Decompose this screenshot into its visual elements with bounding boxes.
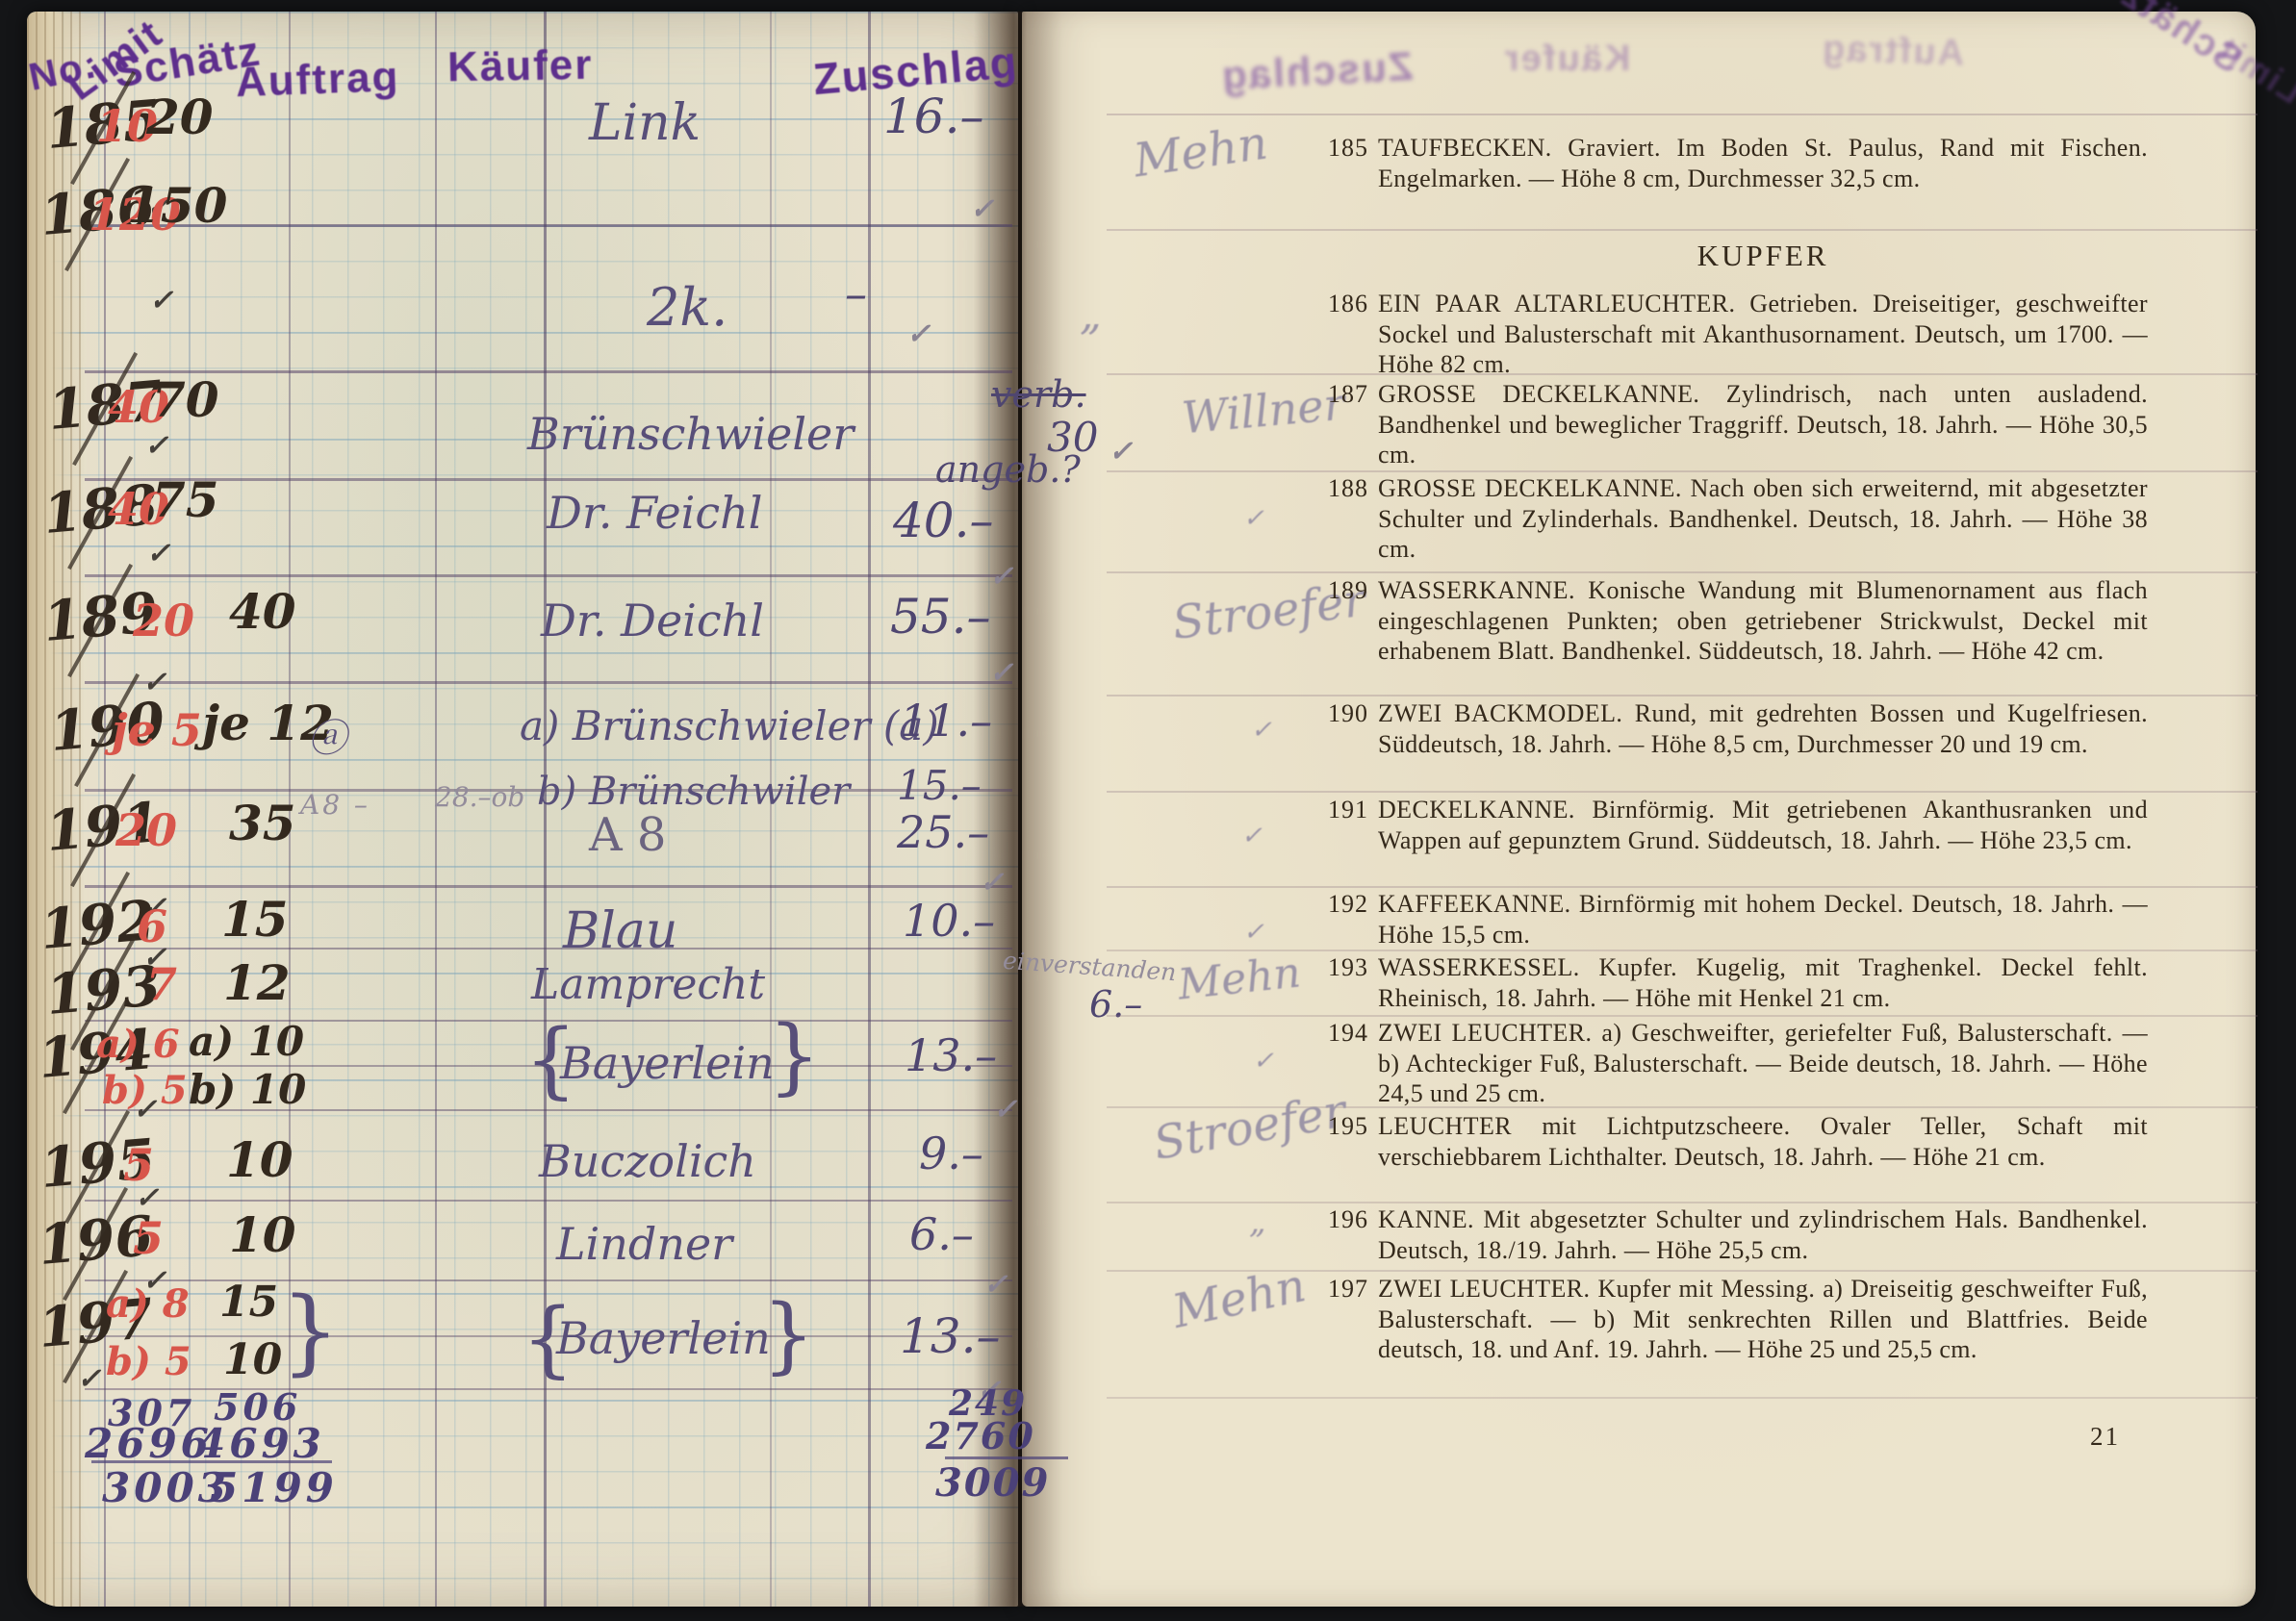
margin-check-mark: ✓ xyxy=(1253,1047,1274,1076)
estimate-cell: 40 xyxy=(229,583,296,640)
catalog-lot-number: 194 xyxy=(1301,1018,1368,1049)
buyer-cell: a) Brünschwieler (a) xyxy=(520,702,939,749)
entry-separator xyxy=(1107,114,2258,115)
brace-mark: } xyxy=(768,1008,821,1104)
hammer-price-cell: 11.– xyxy=(900,695,992,747)
margin-ditto-mark: „ xyxy=(1080,291,1102,340)
row-separator xyxy=(85,1200,1012,1202)
checkmark: ✓ xyxy=(144,429,168,463)
entry-separator xyxy=(1107,1202,2258,1203)
limit-cell: 6 xyxy=(137,900,167,952)
hammer-price-cell: 6.– xyxy=(909,1208,974,1260)
estimate-mark: ⓐ xyxy=(308,708,346,763)
catalog-entry: 193 WASSERKESSEL. Kupfer. Kugelig, mit T… xyxy=(1378,952,2148,1013)
estimate-cell: 10 xyxy=(229,1206,296,1263)
catalog-lot-text: KAFFEEKANNE. Birnförmig mit hohem Deckel… xyxy=(1378,890,2148,949)
catalog-lot-number: 189 xyxy=(1301,575,1368,606)
buyer-cell: Buczolich xyxy=(539,1135,756,1187)
buyer-cell: Bayerlein xyxy=(560,1037,775,1089)
hammer-price-cell: 10.– xyxy=(903,895,995,947)
row-separator xyxy=(85,370,1012,373)
checkmark: ✓ xyxy=(970,192,994,226)
catalog-lot-number: 188 xyxy=(1301,473,1368,504)
book-spread-photo: No. Limit Schätz Auftrag Käufer Zuschlag… xyxy=(0,0,2296,1621)
total-rule xyxy=(945,1456,1068,1459)
catalog-entry: 194 ZWEI LEUCHTER. a) Geschweifter, geri… xyxy=(1378,1018,2148,1109)
catalog-entry: 190 ZWEI BACKMODEL. Rund, mit gedrehten … xyxy=(1378,698,2148,759)
hammer-price-cell: 40.– xyxy=(893,493,994,548)
estimate-cell: 75 xyxy=(152,471,219,528)
hammer-carryover: 2760 xyxy=(926,1414,1035,1457)
catalog-entry: 185 TAUFBECKEN. Graviert. Im Boden St. P… xyxy=(1378,133,2148,193)
entry-separator xyxy=(1107,229,2258,231)
estimate-cell: 15 xyxy=(219,1278,278,1327)
entry-separator xyxy=(1107,791,2258,793)
catalog-lot-text: WASSERKANNE. Konische Wandung mit Blumen… xyxy=(1378,576,2148,665)
checkmark: ✓ xyxy=(146,537,170,570)
hammer-price-cell: 13.– xyxy=(905,1029,997,1081)
catalog-lot-text: ZWEI BACKMODEL. Rund, mit gedrehten Boss… xyxy=(1378,699,2148,758)
buyer-cell: Lindner xyxy=(556,1218,732,1270)
catalog-entry: 196 KANNE. Mit abgesetzter Schulter und … xyxy=(1378,1204,2148,1265)
header-stamp-kaeufer: Käufer xyxy=(447,41,594,92)
total-rule xyxy=(91,1460,332,1463)
checkmark: ✓ xyxy=(989,656,1013,690)
estimate-cell: 10 xyxy=(223,1335,282,1384)
catalog-lot-text: ZWEI LEUCHTER. a) Geschweifter, geriefel… xyxy=(1378,1019,2148,1107)
offset-stamp-kaeufer: Käufer xyxy=(1503,38,1630,80)
buyer-cell: 2k. xyxy=(647,277,727,338)
brace-mark: } xyxy=(762,1287,815,1383)
catalog-lot-text: TAUFBECKEN. Graviert. Im Boden St. Paulu… xyxy=(1378,134,2148,192)
entry-separator xyxy=(1107,1015,2258,1017)
hammer-total: 3009 xyxy=(935,1460,1050,1506)
section-heading: KUPFER xyxy=(1378,239,2148,273)
limit-cell: a) 8 xyxy=(106,1281,190,1327)
limit-cell: 20 xyxy=(133,595,194,646)
hammer-price-cell: 13.– xyxy=(900,1308,1001,1364)
catalog-entry: 197 ZWEI LEUCHTER. Kupfer mit Messing. a… xyxy=(1378,1274,2148,1365)
buyer-cell: Link xyxy=(589,94,701,152)
brace-mark: } xyxy=(281,1278,340,1385)
limit-cell: 5 xyxy=(123,1139,154,1191)
catalog-lot-text: WASSERKESSEL. Kupfer. Kugelig, mit Tragh… xyxy=(1378,953,2148,1012)
catalog-entry: 188 GROSSE DECKELKANNE. Nach oben sich e… xyxy=(1378,473,2148,565)
hammer-price-cell: 15.– xyxy=(897,762,982,809)
catalog-entry: 187 GROSSE DECKELKANNE. Zylindrisch, nac… xyxy=(1378,379,2148,470)
limit-cell: 5 xyxy=(133,1212,164,1264)
margin-check-mark: ✓ xyxy=(1243,918,1264,947)
column-rule xyxy=(868,12,871,1607)
estimate-cell: b) 10 xyxy=(189,1066,306,1113)
catalog-lot-number: 186 xyxy=(1301,289,1368,319)
estimate-cell: 150 xyxy=(127,177,227,234)
catalog-entry: 186 EIN PAAR ALTARLEUCHTER. Getrieben. D… xyxy=(1378,289,2148,380)
limit-cell: je 5 xyxy=(112,704,202,756)
hammer-price-note: angeb.? xyxy=(935,448,1081,491)
buyer-cell: Dr. Deichl xyxy=(541,595,764,646)
buyer-cell: b) Brünschwiler xyxy=(537,770,850,814)
margin-ditto-mark: „ xyxy=(1249,1203,1266,1241)
estimate-cell: a) 10 xyxy=(189,1018,304,1065)
entry-separator xyxy=(1107,571,2258,573)
hammer-price-cell: 16.– xyxy=(883,89,984,144)
hammer-price-cell: 6.– xyxy=(1089,983,1142,1026)
estimate-total: 5199 xyxy=(210,1464,338,1511)
catalog-lot-text: DECKELKANNE. Birnförmig. Mit getriebenen… xyxy=(1378,796,2148,854)
checkmark: ✓ xyxy=(993,1093,1017,1127)
commission-note: A8 – xyxy=(300,789,370,821)
margin-check-mark: ✓ xyxy=(1243,504,1264,533)
catalog-lot-text: EIN PAAR ALTARLEUCHTER. Getrieben. Dreis… xyxy=(1378,290,2148,378)
buyer-cell: Bayerlein xyxy=(556,1312,771,1364)
page-number: 21 xyxy=(2090,1422,2120,1452)
catalog-lot-number: 196 xyxy=(1301,1204,1368,1235)
checkmark: ✓ xyxy=(983,1268,1008,1302)
limit-cell: 20 xyxy=(115,804,177,856)
catalog-lot-number: 195 xyxy=(1301,1111,1368,1142)
checkmark: ✓ xyxy=(906,317,931,351)
catalog-lot-text: GROSSE DECKELKANNE. Nach oben sich erwei… xyxy=(1378,474,2148,563)
catalog-lot-number: 191 xyxy=(1301,795,1368,825)
hammer-price-cell: 9.– xyxy=(919,1127,983,1179)
catalog-entry: 195 LEUCHTER mit Lichtputzscheere. Ovale… xyxy=(1378,1111,2148,1172)
limit-cell: 7 xyxy=(146,958,177,1010)
catalog-lot-text: LEUCHTER mit Lichtputzscheere. Ovaler Te… xyxy=(1378,1112,2148,1171)
buyer-cell: Lamprecht xyxy=(531,960,765,1009)
buyer-cell: Dr. Feichl xyxy=(547,487,763,539)
row-separator xyxy=(85,681,1012,684)
checkmark: ✓ xyxy=(1109,435,1133,469)
estimate-cell: 70 xyxy=(152,371,219,428)
estimate-cell: 35 xyxy=(229,795,296,851)
estimate-cell: 12 xyxy=(223,954,291,1011)
margin-check-mark: ✓ xyxy=(1241,822,1263,850)
estimate-cell: 15 xyxy=(221,891,289,948)
catalog-lot-text: KANNE. Mit abgesetzter Schulter und zyli… xyxy=(1378,1205,2148,1264)
entry-separator xyxy=(1107,470,2258,472)
catalog-lot-text: ZWEI LEUCHTER. Kupfer mit Messing. a) Dr… xyxy=(1378,1275,2148,1363)
checkmark: ✓ xyxy=(77,1362,101,1396)
checkmark: ✓ xyxy=(149,284,173,317)
header-stamp-auftrag: Auftrag xyxy=(235,53,400,107)
row-separator xyxy=(85,478,1012,481)
buyer-cell: Brünschwieler xyxy=(527,408,854,460)
catalog-entry: 189 WASSERKANNE. Konische Wandung mit Bl… xyxy=(1378,575,2148,667)
row-separator xyxy=(85,948,1012,950)
hammer-price-cancelled: verb. xyxy=(991,373,1086,416)
margin-check-mark: ✓ xyxy=(1251,716,1272,745)
checkmark: ✓ xyxy=(989,560,1013,594)
catalog-entry: 191 DECKELKANNE. Birnförmig. Mit getrieb… xyxy=(1378,795,2148,855)
row-separator xyxy=(85,574,1012,577)
catalog-lot-number: 187 xyxy=(1301,379,1368,410)
estimate-cell: 10 xyxy=(226,1131,293,1188)
buyer-cell: A 8 xyxy=(589,808,666,862)
entry-separator xyxy=(1107,695,2258,697)
catalog-entry: 192 KAFFEEKANNE. Birnförmig mit hohem De… xyxy=(1378,889,2148,950)
hammer-price-cell: 25.– xyxy=(897,806,989,858)
row-separator xyxy=(85,885,1012,888)
hammer-price-cell: 55.– xyxy=(890,589,991,645)
buyer-cell: Blau xyxy=(563,902,677,960)
catalog-lot-number: 193 xyxy=(1301,952,1368,983)
offset-stamp-auftrag: Auftrag xyxy=(1820,28,1965,74)
commission-note: 28.–ob xyxy=(435,781,524,813)
entry-separator xyxy=(1107,1397,2258,1399)
catalog-lot-number: 192 xyxy=(1301,889,1368,920)
catalog-lot-number: 185 xyxy=(1301,133,1368,164)
catalog-lot-number: 190 xyxy=(1301,698,1368,729)
limit-cell: b) 5 xyxy=(106,1339,191,1384)
limit-cell: a) 6 xyxy=(96,1022,180,1067)
hammer-price-cell: – xyxy=(845,267,867,319)
limit-cell: b) 5 xyxy=(102,1068,188,1113)
catalog-lot-number: 197 xyxy=(1301,1274,1368,1304)
catalog-lot-text: GROSSE DECKELKANNE. Zylindrisch, nach un… xyxy=(1378,380,2148,469)
estimate-cell: 20 xyxy=(146,89,214,145)
entry-separator xyxy=(1107,886,2258,888)
